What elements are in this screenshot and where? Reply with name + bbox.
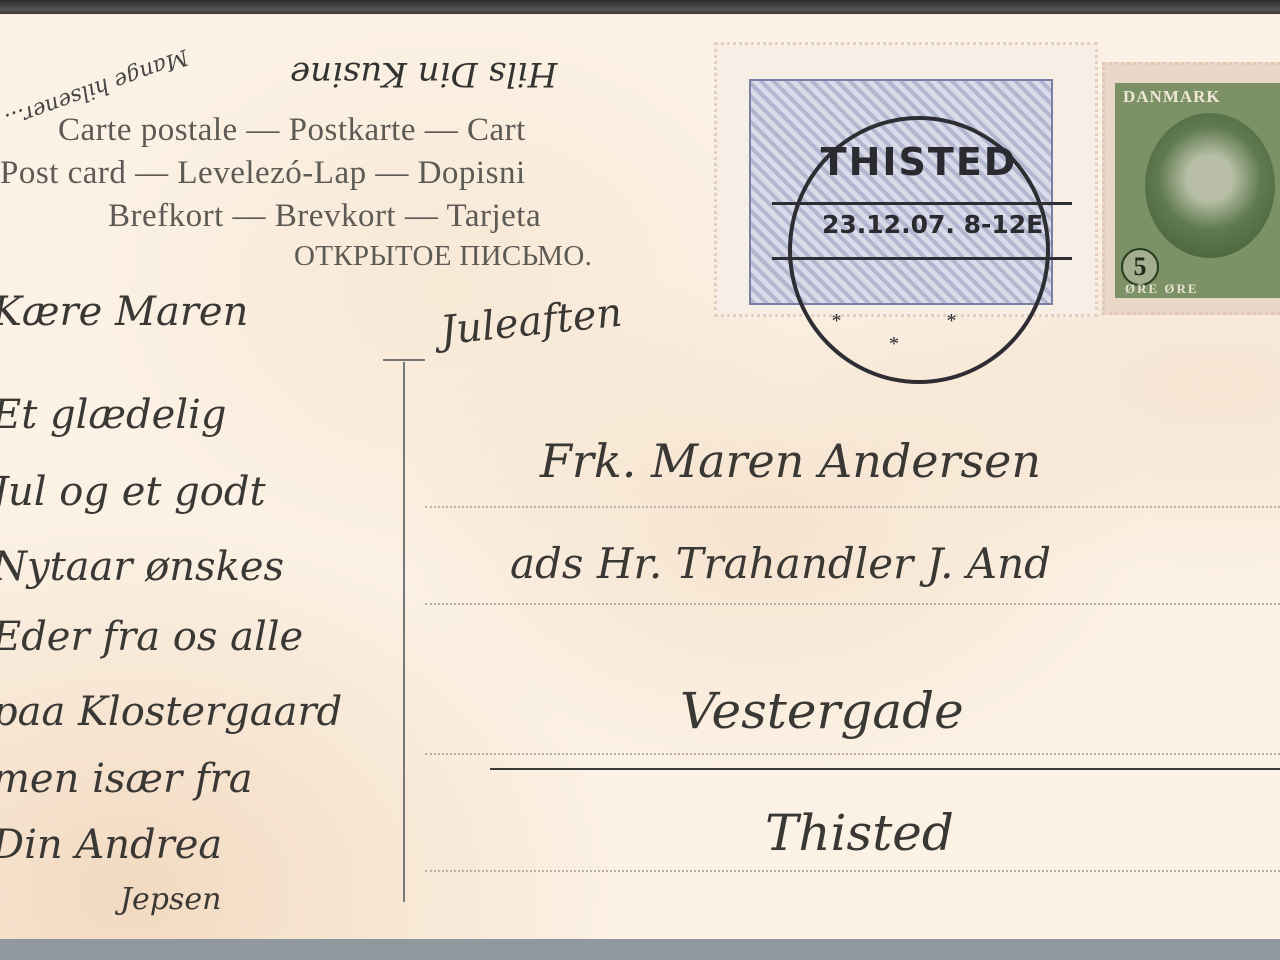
message-line-4: Nytaar ønskes xyxy=(0,544,284,590)
address-line-3: Vestergade xyxy=(680,682,964,740)
upside-down-handwritten-note: Hils Din Kusine xyxy=(290,54,557,94)
message-line-2: Et glædelig xyxy=(0,392,226,438)
top-dark-border xyxy=(0,0,1280,14)
address-dotted-line-3 xyxy=(425,753,1280,755)
message-signature: Jepsen xyxy=(120,882,221,917)
stamp-unit-label: ØRE ØRE xyxy=(1125,281,1199,297)
message-line-3: Jul og et godt xyxy=(0,469,266,515)
address-line-2: ads Hr. Trahandler J. And xyxy=(510,539,1051,588)
date-note-juleaften: Juleaften xyxy=(438,290,624,355)
address-dotted-line-1 xyxy=(425,506,1280,508)
printed-header-line-1: Carte postale — Postkarte — Cart xyxy=(58,112,526,149)
center-divider xyxy=(403,362,405,902)
message-line-6: paa Klostergaard xyxy=(0,689,342,735)
address-dotted-line-2 xyxy=(425,603,1280,605)
postcard: Hils Din Kusine Mange hilsener... Carte … xyxy=(0,14,1280,939)
king-portrait-icon xyxy=(1145,113,1275,258)
stamp-country-label: DANMARK xyxy=(1123,87,1221,107)
message-line-8: Din Andrea xyxy=(0,822,222,868)
postmark-date: 23.12.07. 8-12E xyxy=(822,210,1043,239)
address-line-4: Thisted xyxy=(765,804,954,862)
message-line-5: Eder fra os alle xyxy=(0,614,303,660)
message-line-7: men især fra xyxy=(0,756,253,802)
divider-top-tick xyxy=(383,359,425,361)
message-line-1: Kære Maren xyxy=(0,289,248,335)
printed-header-line-4: ОТКРЫТОЕ ПИСЬМО. xyxy=(294,240,592,273)
postmark-town: THISTED xyxy=(792,140,1046,184)
address-dotted-line-4 xyxy=(425,870,1280,872)
bottom-gray-border xyxy=(0,939,1280,960)
address-line-1: Frk. Maren Andersen xyxy=(540,434,1041,488)
printed-header-line-3: Brefkort — Brevkort — Tarjeta xyxy=(108,198,541,235)
address-underline xyxy=(490,768,1280,770)
postmark-stars-icon: * * * xyxy=(792,310,1046,356)
green-stamp-design: DANMARK 5 ØRE ØRE xyxy=(1115,83,1280,298)
printed-header-line-2: Post card — Levelezó-Lap — Dopisni xyxy=(0,155,526,192)
green-danmark-stamp: DANMARK 5 ØRE ØRE xyxy=(1102,62,1280,315)
postmark-cancellation: THISTED 23.12.07. 8-12E * * * xyxy=(788,116,1050,384)
